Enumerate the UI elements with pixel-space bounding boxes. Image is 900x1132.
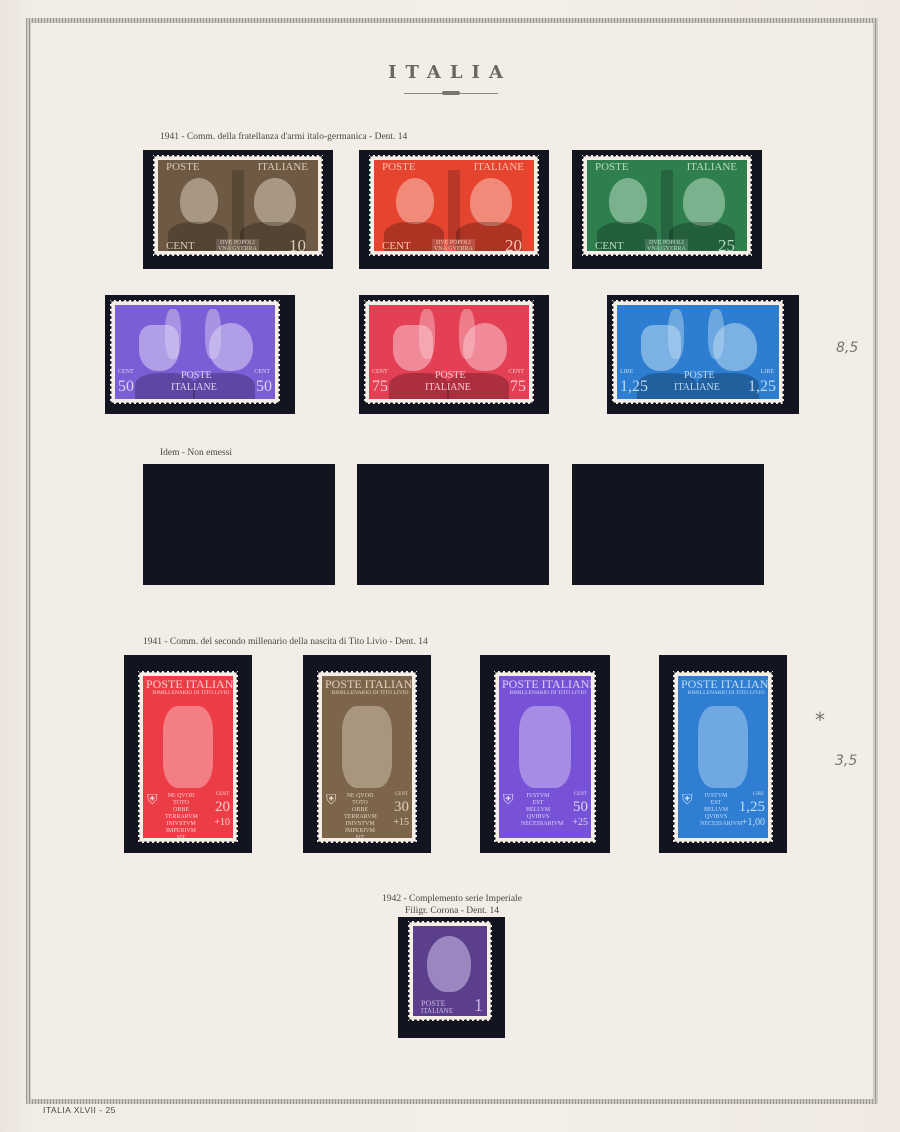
portrait-mussolini <box>683 178 725 226</box>
portrait-mussolini-helmet <box>463 323 507 371</box>
stamp-subtitle: BIMILLENARIO DI TITO LIVIO <box>502 691 591 697</box>
empty-mount <box>572 464 764 585</box>
column-ornament <box>448 170 460 250</box>
portrait-hitler-cap <box>393 325 433 371</box>
stamp-currency: CENT <box>372 369 388 375</box>
portrait-mussolini-helmet <box>713 323 757 371</box>
stamp-inscription: IVSTVM EST BELLVM QVIBVS NECESSARIVM <box>521 793 555 828</box>
stamp-tito-livio: POSTE ITALIANEBIMILLENARIO DI TITO LIVIO… <box>138 671 238 843</box>
stamp-value: 1,25 <box>739 800 765 815</box>
column-ornament <box>661 170 673 250</box>
stamp-currency: CENT <box>216 792 229 797</box>
stamp-value: 50 <box>573 800 588 815</box>
coat-of-arms-icon: ⛨ <box>503 794 514 808</box>
stamp-currency: CENT <box>166 241 195 251</box>
column-ornament <box>232 170 244 250</box>
title-ornament <box>404 93 498 94</box>
coat-of-arms-icon: ⛨ <box>326 794 337 808</box>
handwritten-asterisk: * <box>815 708 825 732</box>
stamp-motto: DVE POPOLIVNA GVERRA <box>432 239 475 251</box>
stamp-country: ITALIANE <box>425 383 471 393</box>
stamp-country: POSTE ITALIANE <box>502 678 591 690</box>
stamp-country: POSTE <box>166 162 200 173</box>
stamp-surcharge: +15 <box>393 818 409 828</box>
stamp-country: POSTE <box>435 371 466 381</box>
empty-mount <box>143 464 335 585</box>
stamp-country: POSTE ITALIANE <box>681 678 768 690</box>
stamp-currency: CENT <box>508 369 524 375</box>
stamp-design: POSTEITALIANELIRE1,25LIRE1,25 <box>617 305 779 399</box>
stamp-design: POSTE ITALIANEBIMILLENARIO DI TITO LIVIO… <box>143 676 233 838</box>
stamp-design: POSTE ITALIANEBIMILLENARIO DI TITO LIVIO… <box>322 676 412 838</box>
stamp-value: 50 <box>118 379 134 395</box>
stamp-value: 50 <box>256 379 272 395</box>
stamp-subtitle: BIMILLENARIO DI TITO LIVIO <box>146 691 233 697</box>
stamp-country: POSTE <box>382 162 416 173</box>
stamp-country: ITALIANE <box>474 162 524 173</box>
page-footer: ITALIA XLVII - 25 <box>43 1105 116 1115</box>
stamp-currency: LIRE <box>761 369 774 375</box>
stamp-design: POSTEITALIANECENT50CENT50 <box>115 305 275 399</box>
page-title: ITALIA <box>0 62 900 83</box>
stamp-design: POSTE ITALIANEBIMILLENARIO DI TITO LIVIO… <box>678 676 768 838</box>
stamp-country: ITALIANE <box>674 383 720 393</box>
portrait-hitler-cap <box>139 325 179 371</box>
portrait-mussolini <box>470 178 512 226</box>
stamp-subtitle: BIMILLENARIO DI TITO LIVIO <box>325 691 412 697</box>
stamp-axis-brotherhood: POSTEITALIANECENT50CENT50 <box>110 300 280 404</box>
stamp-value: 10 <box>289 237 306 251</box>
stamp-surcharge: +1,00 <box>742 818 765 828</box>
section-caption-imperiale: 1942 - Complemento serie Imperiale Filig… <box>382 893 522 917</box>
stamp-tito-livio: POSTE ITALIANEBIMILLENARIO DI TITO LIVIO… <box>673 671 773 843</box>
stamp-currency: CENT <box>118 369 134 375</box>
stamp-country: POSTE <box>595 162 629 173</box>
relief-scene <box>163 706 213 788</box>
stamp-value: 20 <box>215 800 230 815</box>
stamp-currency: CENT <box>254 369 270 375</box>
stamp-currency: CENT <box>382 241 411 251</box>
stamp-imperiale: POSTEITALIANE1 <box>408 921 492 1021</box>
stamp-currency: LIRE <box>620 369 633 375</box>
relief-scene <box>342 706 392 788</box>
stamp-tito-livio: POSTE ITALIANEBIMILLENARIO DI TITO LIVIO… <box>317 671 417 843</box>
portrait-mussolini <box>254 178 296 226</box>
stamp-design: POSTEITALIANECENTDVE POPOLIVNA GVERRA10 <box>158 160 318 251</box>
stamp-axis-brotherhood: POSTEITALIANECENTDVE POPOLIVNA GVERRA10 <box>153 155 323 256</box>
stamp-value: 75 <box>510 379 526 395</box>
relief-scene <box>698 706 748 788</box>
stamp-value: 30 <box>394 800 409 815</box>
caption-line: 1942 - Complemento serie Imperiale <box>382 893 522 905</box>
stamp-value: 1 <box>474 996 483 1014</box>
portrait-hitler-cap <box>641 325 681 371</box>
stamp-country: POSTE <box>684 371 715 381</box>
stamp-country: ITALIANE <box>421 1008 453 1015</box>
stamp-design: POSTE ITALIANEBIMILLENARIO DI TITO LIVIO… <box>499 676 591 838</box>
stamp-value: 1,25 <box>620 379 648 395</box>
stamp-value: 1,25 <box>748 379 776 395</box>
stamp-subtitle: BIMILLENARIO DI TITO LIVIO <box>681 691 768 697</box>
portrait-hitler <box>180 178 218 224</box>
coat-of-arms-icon: ⛨ <box>147 794 158 808</box>
portrait-hitler <box>396 178 434 224</box>
coat-of-arms-icon: ⛨ <box>682 794 693 808</box>
stamp-surcharge: +25 <box>572 818 588 828</box>
stamp-currency: LIRE <box>753 792 764 797</box>
stamp-design: POSTEITALIANE1 <box>413 926 487 1016</box>
stamp-value: 20 <box>505 237 522 251</box>
empty-mount <box>357 464 549 585</box>
stamp-surcharge: +10 <box>214 818 230 828</box>
stamp-currency: CENT <box>395 792 408 797</box>
stamp-country: POSTE <box>181 371 212 381</box>
stamp-inscription: IVSTVM EST BELLVM QVIBVS NECESSARIVM <box>700 793 732 828</box>
portrait-mussolini-helmet <box>209 323 253 371</box>
section-caption-axis: 1941 - Comm. della fratellanza d'armi it… <box>160 132 407 142</box>
stamp-country: ITALIANE <box>171 383 217 393</box>
relief-scene <box>519 706 571 788</box>
handwritten-price-note: 3,5 <box>835 753 857 769</box>
section-caption-tito-livio: 1941 - Comm. del secondo millenario dell… <box>143 637 428 647</box>
stamp-inscription: NE QVOD TOTO ORBE TERRARVM INIVSTVM IMPE… <box>165 793 197 838</box>
stamp-value: 25 <box>718 237 735 251</box>
stamp-axis-brotherhood: POSTEITALIANECENTDVE POPOLIVNA GVERRA25 <box>582 155 752 256</box>
stamp-tito-livio: POSTE ITALIANEBIMILLENARIO DI TITO LIVIO… <box>494 671 596 843</box>
stamp-value: 75 <box>372 379 388 395</box>
stamp-motto: DVE POPOLIVNA GVERRA <box>216 239 259 251</box>
stamp-country: POSTE ITALIANE <box>325 678 412 690</box>
stamp-axis-brotherhood: POSTEITALIANECENTDVE POPOLIVNA GVERRA20 <box>369 155 539 256</box>
portrait-hitler <box>609 178 647 224</box>
stamp-axis-brotherhood: POSTEITALIANELIRE1,25LIRE1,25 <box>612 300 784 404</box>
stamp-inscription: NE QVOD TOTO ORBE TERRARVM INIVSTVM IMPE… <box>344 793 376 838</box>
portrait-julius-caesar <box>427 936 471 992</box>
stamp-country: ITALIANE <box>258 162 308 173</box>
stamp-axis-brotherhood: POSTEITALIANECENT75CENT75 <box>364 300 534 404</box>
stamp-country: ITALIANE <box>687 162 737 173</box>
handwritten-price-note: 8,5 <box>836 340 858 356</box>
stamp-design: POSTEITALIANECENTDVE POPOLIVNA GVERRA20 <box>374 160 534 251</box>
stamp-motto: DVE POPOLIVNA GVERRA <box>645 239 688 251</box>
stamp-design: POSTEITALIANECENT75CENT75 <box>369 305 529 399</box>
stamp-country: POSTE ITALIANE <box>146 678 233 690</box>
album-page: ITALIA 1941 - Comm. della fratellanza d'… <box>0 0 900 1132</box>
stamp-design: POSTEITALIANECENTDVE POPOLIVNA GVERRA25 <box>587 160 747 251</box>
section-caption-non-emessi: Idem - Non emessi <box>160 448 232 458</box>
caption-line: Filigr. Corona - Dent. 14 <box>382 905 522 917</box>
stamp-currency: CENT <box>595 241 624 251</box>
stamp-currency: CENT <box>574 792 587 797</box>
